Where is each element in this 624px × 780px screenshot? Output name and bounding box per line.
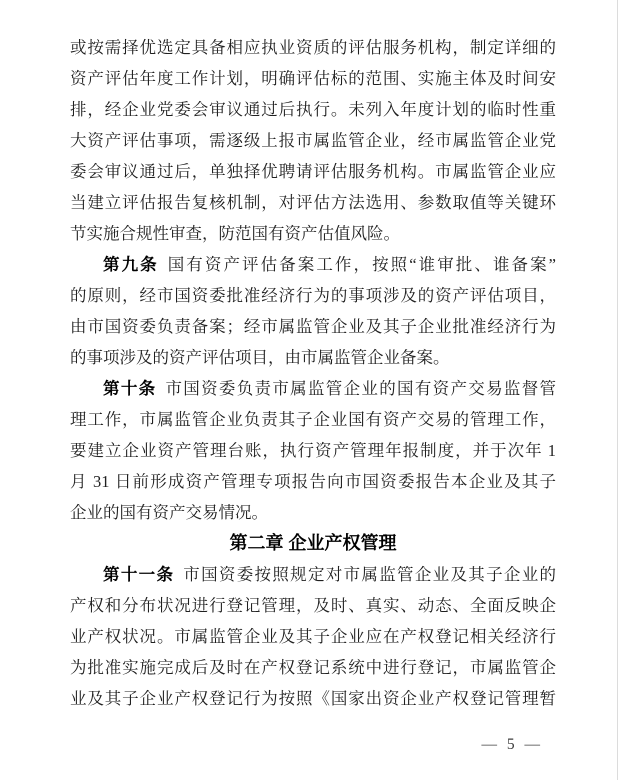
scan-edge-line [617, 0, 618, 780]
text-line: 委会审议通过后，单独择优聘请评估服务机构。市属监管企业应 [70, 156, 556, 187]
text-block: 或按需择优选定具备相应执业资质的评估服务机构，制定详细的 资产评估年度工作计划，… [70, 32, 556, 714]
article-number-label: 第十一条 [103, 566, 174, 584]
text-line: 企业的国有资产交易情况。 [70, 497, 556, 528]
text-line: 产权和分布状况进行登记管理，及时、真实、动态、全面反映企 [70, 590, 556, 621]
article-first-line-text: 国有资产评估备案工作，按照“谁审批、谁备案” [168, 255, 556, 274]
text-line: 当建立评估报告复核机制，对评估方法选用、参数取值等关键环 [70, 187, 556, 218]
chapter-heading: 第二章 企业产权管理 [70, 528, 556, 559]
text-line: 节实施合规性审查，防范国有资产估值风险。 [70, 218, 556, 249]
text-line: 的原则，经市国资委批准经济行为的事项涉及的资产评估项目， [70, 280, 556, 311]
text-line: 大资产评估事项，需逐级上报市属监管企业，经市属监管企业党 [70, 125, 556, 156]
text-line: 理工作，市属监管企业负责其子企业国有资产交易的管理工作， [70, 404, 556, 435]
article-number-label: 第九条 [103, 256, 159, 274]
text-line: 资产评估年度工作计划，明确评估标的范围、实施主体及时间安 [70, 63, 556, 94]
article-first-line-text: 市国资委按照规定对市属监管企业及其子企业的 [183, 565, 556, 584]
text-line: 业产权状况。市属监管企业及其子企业应在产权登记相关经济行 [70, 621, 556, 652]
document-page: 或按需择优选定具备相应执业资质的评估服务机构，制定详细的 资产评估年度工作计划，… [0, 0, 624, 780]
page-number: — 5 — [70, 736, 543, 754]
text-line: 为批准实施完成后及时在产权登记系统中进行登记，市属监管企 [70, 652, 556, 683]
text-line: 月 31 日前形成资产管理专项报告向市国资委报告本企业及其子 [70, 466, 556, 497]
text-line: 的事项涉及的资产评估项目，由市属监管企业备案。 [70, 342, 556, 373]
text-line-article-start: 第十条市国资委负责市属监管企业的国有资产交易监督管 [70, 373, 556, 404]
text-line: 要建立企业资产管理台账，执行资产管理年报制度，并于次年 1 [70, 435, 556, 466]
text-line: 由市国资委负责备案；经市属监管企业及其子企业批准经济行为 [70, 311, 556, 342]
article-first-line-text: 市国资委负责市属监管企业的国有资产交易监督管 [165, 379, 556, 398]
text-line: 排，经企业党委会审议通过后执行。未列入年度计划的临时性重 [70, 94, 556, 125]
text-line-article-start: 第九条国有资产评估备案工作，按照“谁审批、谁备案” [70, 249, 556, 280]
text-line-article-start: 第十一条市国资委按照规定对市属监管企业及其子企业的 [70, 559, 556, 590]
article-number-label: 第十条 [103, 380, 156, 398]
text-line: 或按需择优选定具备相应执业资质的评估服务机构，制定详细的 [70, 32, 556, 63]
text-line: 业及其子企业产权登记行为按照《国家出资企业产权登记管理暂 [70, 683, 556, 714]
